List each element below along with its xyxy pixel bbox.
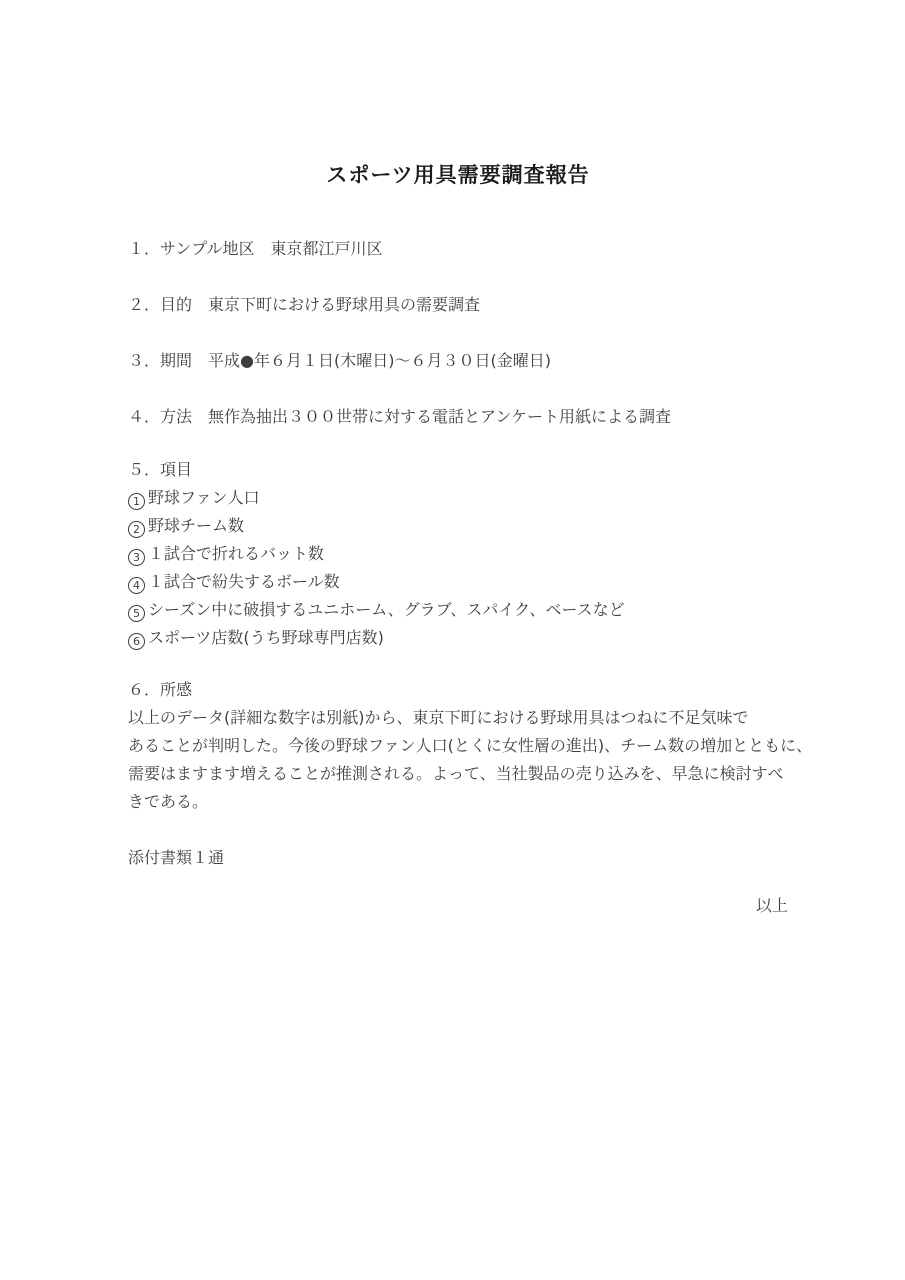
section-period: ３．期間 平成●年６月１日(木曜日)～６月３０日(金曜日) xyxy=(128,347,788,375)
section-purpose: ２．目的 東京下町における野球用具の需要調査 xyxy=(128,291,788,319)
circled-number-badge: 4 xyxy=(128,577,145,594)
circled-number-badge: 2 xyxy=(128,521,145,538)
circled-number-badge: 3 xyxy=(128,549,145,566)
survey-item: 2野球チーム数 xyxy=(128,512,788,540)
section-items-header: ５．項目 xyxy=(128,456,788,484)
remarks-line: 需要はますます増えることが推測される。よって、当社製品の売り込みを、早急に検討す… xyxy=(128,760,788,788)
document-title: スポーツ用具需要調査報告 xyxy=(128,161,788,189)
survey-item-label: シーズン中に破損するユニホーム、グラブ、スパイク、ベースなど xyxy=(148,600,625,619)
survey-item: 6スポーツ店数(うち野球専門店数) xyxy=(128,624,788,652)
circled-number-badge: 1 xyxy=(128,493,145,510)
survey-item: 3１試合で折れるバット数 xyxy=(128,540,788,568)
attachment-note: 添付書類１通 xyxy=(128,844,788,872)
survey-item-label: １試合で紛失するボール数 xyxy=(148,572,340,591)
remarks-line: 以上のデータ(詳細な数字は別紙)から、東京下町における野球用具はつねに不足気味で xyxy=(128,704,788,732)
survey-items-list: 1野球ファン人口 2野球チーム数 3１試合で折れるバット数 4１試合で紛失するボ… xyxy=(128,484,788,652)
circled-number-badge: 6 xyxy=(128,633,145,650)
survey-item: 4１試合で紛失するボール数 xyxy=(128,568,788,596)
survey-item: 1野球ファン人口 xyxy=(128,484,788,512)
remarks-paragraph: 以上のデータ(詳細な数字は別紙)から、東京下町における野球用具はつねに不足気味で… xyxy=(128,704,788,816)
survey-item-label: スポーツ店数(うち野球専門店数) xyxy=(148,628,384,647)
section-method: ４．方法 無作為抽出３００世帯に対する電話とアンケート用紙による調査 xyxy=(128,403,788,431)
document-title-text: スポーツ用具需要調査報告 xyxy=(326,163,589,187)
survey-item: 5シーズン中に破損するユニホーム、グラブ、スパイク、ベースなど xyxy=(128,596,788,624)
closing-word: 以上 xyxy=(128,892,788,920)
survey-item-label: 野球ファン人口 xyxy=(148,488,260,507)
survey-item-label: 野球チーム数 xyxy=(148,516,244,535)
section-sample-area: １．サンプル地区 東京都江戸川区 xyxy=(128,235,788,263)
remarks-line: あることが判明した。今後の野球ファン人口(とくに女性層の進出)、チーム数の増加と… xyxy=(128,732,788,760)
document-page: スポーツ用具需要調査報告 １．サンプル地区 東京都江戸川区 ２．目的 東京下町に… xyxy=(0,0,905,1280)
remarks-line: きである。 xyxy=(128,788,788,816)
document-content: スポーツ用具需要調査報告 １．サンプル地区 東京都江戸川区 ２．目的 東京下町に… xyxy=(0,0,905,920)
survey-item-label: １試合で折れるバット数 xyxy=(148,544,324,563)
circled-number-badge: 5 xyxy=(128,605,145,622)
section-remarks-header: ６．所感 xyxy=(128,676,788,704)
